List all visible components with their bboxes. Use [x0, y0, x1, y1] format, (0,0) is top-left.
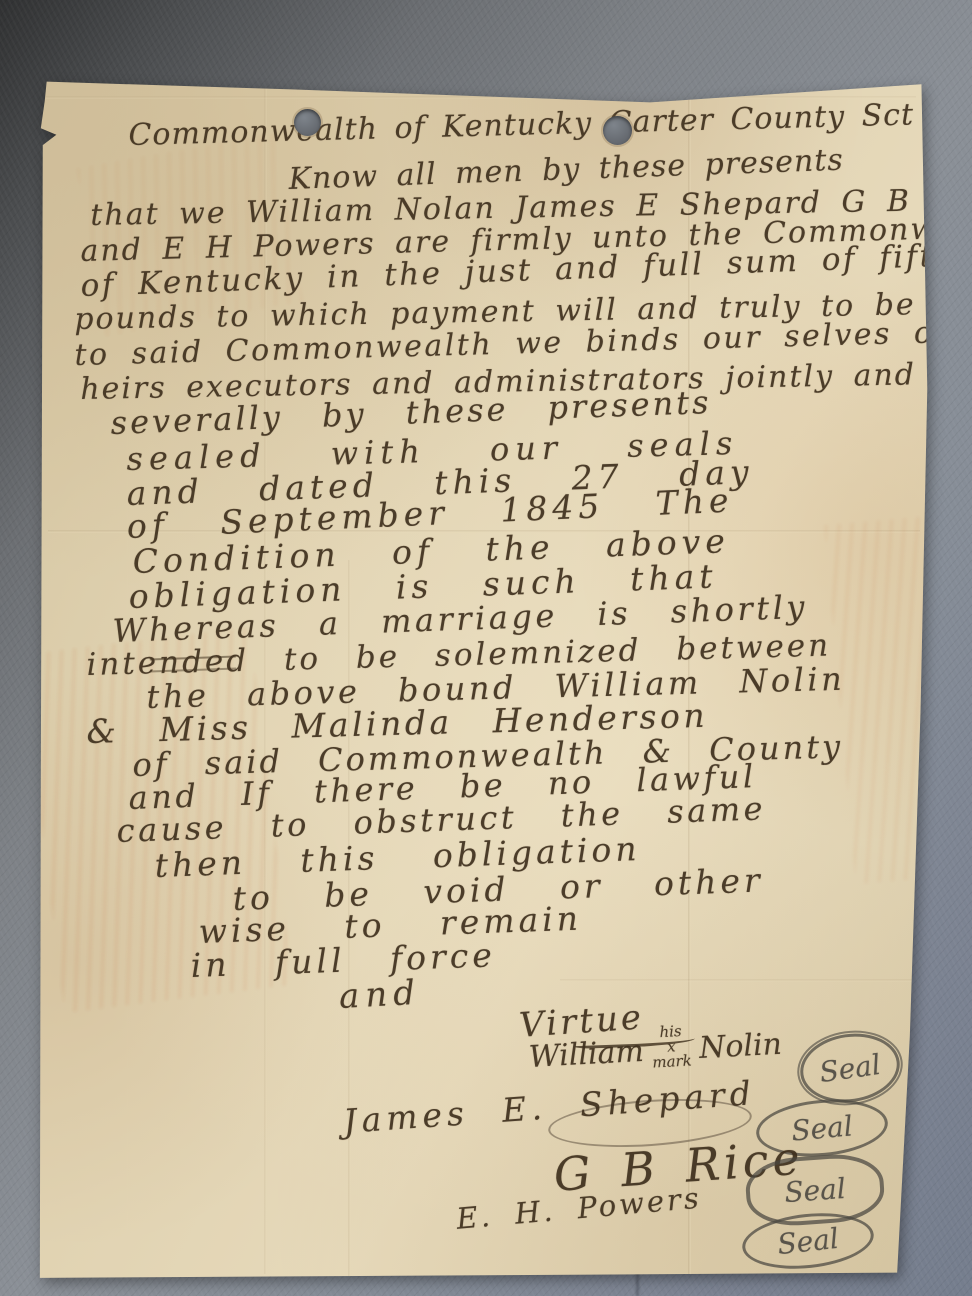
handwriting-line: and: [338, 973, 422, 1017]
photo-of-document: Commonwealth of Kentucky Carter County S…: [0, 0, 972, 1296]
paper-wrapper: Commonwealth of Kentucky Carter County S…: [0, 0, 972, 1296]
document-paper: Commonwealth of Kentucky Carter County S…: [0, 0, 972, 1296]
mark-word-mark: mark: [652, 1053, 692, 1070]
punch-hole: [603, 116, 632, 145]
punch-hole: [294, 109, 321, 136]
seal-label: Seal: [817, 1047, 882, 1088]
seal-stamp: Seal: [796, 1027, 904, 1108]
seal-label: Seal: [776, 1221, 841, 1260]
fold-crease-horizontal: [560, 979, 920, 982]
fold-crease-horizontal: [46, 96, 916, 99]
ink-bleed-through: [825, 516, 966, 884]
signature-given-name: William: [528, 1034, 645, 1075]
his-mark-annotation: his x mark: [650, 1024, 692, 1071]
signature-surname: Nolin: [698, 1027, 783, 1066]
correction-scribble: [150, 656, 236, 673]
seal-label: Seal: [783, 1171, 847, 1208]
